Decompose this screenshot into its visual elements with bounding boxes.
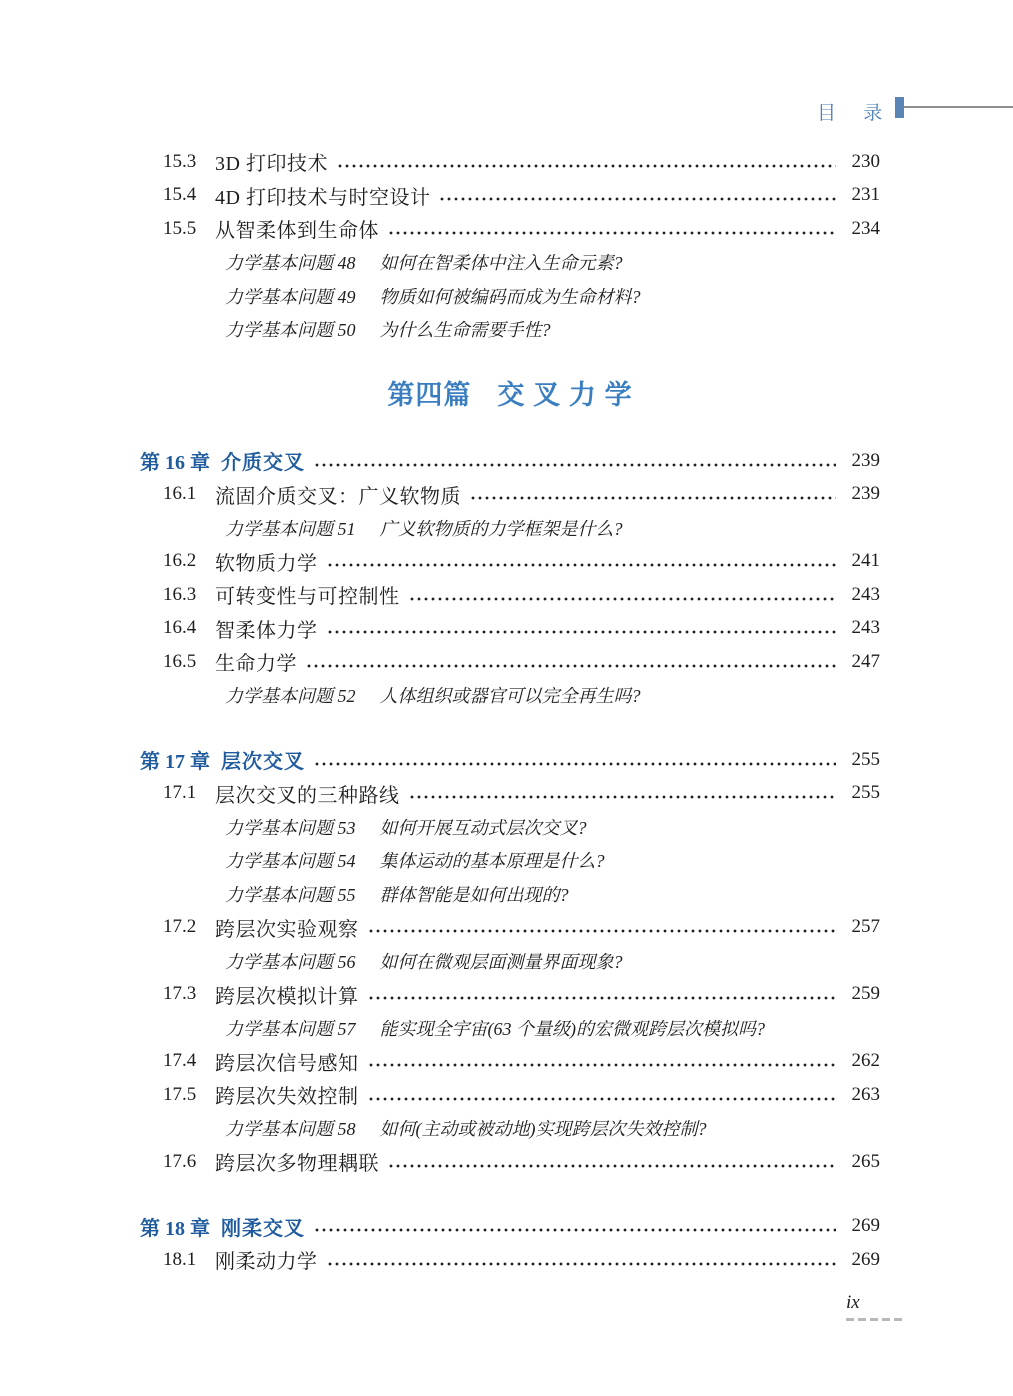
question-text: 群体智能是如何出现的? xyxy=(380,881,569,907)
dot-leader xyxy=(410,795,837,799)
toc-entry-question: 力学基本问题 49物质如何被编码而成为生命材料? xyxy=(140,279,880,313)
chapter-title: 介质交叉 xyxy=(221,446,305,475)
question-text: 如何在智柔体中注入生命元素? xyxy=(380,249,623,275)
dot-leader xyxy=(315,463,836,467)
page-number: 259 xyxy=(844,983,880,1005)
page-number: 230 xyxy=(844,151,880,173)
section-title: 跨层次信号感知 xyxy=(215,1047,359,1076)
toc-entry-chapter: 第 17 章层次交叉255 xyxy=(140,743,880,777)
question-label: 力学基本问题 58 xyxy=(225,1115,356,1141)
question-label: 力学基本问题 53 xyxy=(225,814,356,840)
toc-entry-question: 力学基本问题 56如何在微观层面测量界面现象? xyxy=(140,944,880,978)
section-title: 可转变性与可控制性 xyxy=(215,580,400,609)
folio-dashed-rule xyxy=(846,1318,903,1321)
part-title-row: 第四篇交 叉 力 学 xyxy=(140,375,880,415)
section-title: 刚柔动力学 xyxy=(215,1245,318,1274)
question-label: 力学基本问题 48 xyxy=(225,249,356,275)
section-title: 跨层次多物理耦联 xyxy=(215,1147,379,1176)
question-label: 力学基本问题 52 xyxy=(225,682,356,708)
toc-entry-question: 力学基本问题 57能实现全宇宙(63 个量级)的宏微观跨层次模拟吗? xyxy=(140,1011,880,1045)
section-title: 跨层次模拟计算 xyxy=(215,980,359,1009)
page-header: 目 录 xyxy=(0,97,1013,121)
question-text: 人体组织或器官可以完全再生吗? xyxy=(380,682,641,708)
dot-leader xyxy=(369,996,837,1000)
section-title: 生命力学 xyxy=(215,647,297,676)
section-number: 17.5 xyxy=(163,1084,215,1106)
dot-leader xyxy=(328,563,837,567)
section-number: 17.1 xyxy=(163,782,215,804)
section-title: 智柔体力学 xyxy=(215,614,318,643)
toc-page: 目 录 15.33D 打印技术23015.44D 打印技术与时空设计23115.… xyxy=(0,0,1013,1396)
toc-entry-section: 17.3跨层次模拟计算259 xyxy=(140,978,880,1012)
chapter-number: 第 18 章 xyxy=(140,1212,210,1241)
toc-entry-section: 15.44D 打印技术与时空设计231 xyxy=(140,179,880,213)
section-number: 16.5 xyxy=(163,651,215,673)
toc-entry-question: 力学基本问题 53如何开展互动式层次交叉? xyxy=(140,810,880,844)
page-number: 265 xyxy=(844,1151,880,1173)
dot-leader xyxy=(338,164,836,168)
page-number: 243 xyxy=(844,584,880,606)
chapter-title: 刚柔交叉 xyxy=(221,1212,305,1241)
dot-leader xyxy=(328,630,837,634)
dot-leader xyxy=(440,197,836,201)
section-number: 16.1 xyxy=(163,483,215,505)
section-number: 15.5 xyxy=(163,218,215,240)
toc-entry-question: 力学基本问题 54集体运动的基本原理是什么? xyxy=(140,844,880,878)
page-number: 234 xyxy=(844,218,880,240)
toc-entry-section: 17.4跨层次信号感知262 xyxy=(140,1045,880,1079)
section-title: 层次交叉的三种路线 xyxy=(215,779,400,808)
page-number: 241 xyxy=(844,550,880,572)
question-label: 力学基本问题 56 xyxy=(225,948,356,974)
section-number: 15.3 xyxy=(163,151,215,173)
toc-entry-question: 力学基本问题 48如何在智柔体中注入生命元素? xyxy=(140,246,880,280)
question-label: 力学基本问题 57 xyxy=(225,1015,356,1041)
toc-entry-section: 18.1刚柔动力学269 xyxy=(140,1243,880,1277)
toc-entry-section: 16.4智柔体力学243 xyxy=(140,612,880,646)
page-number: 269 xyxy=(844,1249,880,1271)
toc-entry-section: 17.1层次交叉的三种路线255 xyxy=(140,777,880,811)
page-number: 255 xyxy=(844,782,880,804)
chapter-number: 第 16 章 xyxy=(140,446,210,475)
question-label: 力学基本问题 50 xyxy=(225,316,356,342)
part-label: 第四篇 xyxy=(387,380,471,410)
section-number: 18.1 xyxy=(163,1249,215,1271)
section-number: 17.6 xyxy=(163,1151,215,1173)
header-title: 目 录 xyxy=(817,98,882,125)
section-title: 4D 打印技术与时空设计 xyxy=(215,181,430,210)
toc-entry-question: 力学基本问题 52人体组织或器官可以完全再生吗? xyxy=(140,679,880,713)
question-label: 力学基本问题 54 xyxy=(225,847,356,873)
dot-leader xyxy=(328,1262,837,1266)
section-title: 跨层次实验观察 xyxy=(215,913,359,942)
question-text: 物质如何被编码而成为生命材料? xyxy=(380,283,641,309)
section-number: 16.4 xyxy=(163,617,215,639)
part-title: 交 叉 力 学 xyxy=(497,380,632,410)
question-text: 集体运动的基本原理是什么? xyxy=(380,847,605,873)
dot-leader xyxy=(389,231,836,235)
page-number: 231 xyxy=(844,184,880,206)
section-number: 15.4 xyxy=(163,184,215,206)
question-text: 能实现全宇宙(63 个量级)的宏微观跨层次模拟吗? xyxy=(380,1015,766,1041)
toc-entry-section: 17.5跨层次失效控制263 xyxy=(140,1078,880,1112)
dot-leader xyxy=(410,597,837,601)
section-title: 流固介质交叉：广义软物质 xyxy=(215,480,461,509)
question-text: 广义软物质的力学框架是什么? xyxy=(380,515,623,541)
toc-entry-section: 15.33D 打印技术230 xyxy=(140,145,880,179)
page-number: 243 xyxy=(844,617,880,639)
toc-entry-section: 16.3可转变性与可控制性243 xyxy=(140,578,880,612)
toc-entry-section: 17.2跨层次实验观察257 xyxy=(140,911,880,945)
section-title: 跨层次失效控制 xyxy=(215,1080,359,1109)
toc-entry-section: 16.2软物质力学241 xyxy=(140,545,880,579)
section-number: 16.3 xyxy=(163,584,215,606)
dot-leader xyxy=(315,1228,836,1232)
section-title: 3D 打印技术 xyxy=(215,147,328,176)
chapter-title: 层次交叉 xyxy=(221,745,305,774)
toc-entry-section: 15.5从智柔体到生命体234 xyxy=(140,212,880,246)
toc-entry-question: 力学基本问题 58如何(主动或被动地)实现跨层次失效控制? xyxy=(140,1112,880,1146)
toc-entry-question: 力学基本问题 50为什么生命需要手性? xyxy=(140,313,880,347)
page-number: 239 xyxy=(844,483,880,505)
question-text: 如何开展互动式层次交叉? xyxy=(380,814,587,840)
page-number: 255 xyxy=(844,749,880,771)
page-number: 239 xyxy=(844,450,880,472)
section-number: 17.2 xyxy=(163,916,215,938)
page-number: 269 xyxy=(844,1215,880,1237)
page-number: 263 xyxy=(844,1084,880,1106)
question-text: 如何(主动或被动地)实现跨层次失效控制? xyxy=(380,1115,707,1141)
dot-leader xyxy=(315,762,836,766)
section-number: 16.2 xyxy=(163,550,215,572)
page-number: 257 xyxy=(844,916,880,938)
header-rule xyxy=(904,106,1013,108)
dot-leader xyxy=(389,1164,836,1168)
dot-leader xyxy=(369,929,837,933)
toc-entry-question: 力学基本问题 55群体智能是如何出现的? xyxy=(140,877,880,911)
header-accent-bar xyxy=(895,97,904,118)
page-number: 247 xyxy=(844,651,880,673)
toc-entry-chapter: 第 16 章介质交叉239 xyxy=(140,444,880,478)
chapter-number: 第 17 章 xyxy=(140,745,210,774)
toc-entry-chapter: 第 18 章刚柔交叉269 xyxy=(140,1210,880,1244)
toc-list: 15.33D 打印技术23015.44D 打印技术与时空设计23115.5从智柔… xyxy=(140,145,880,1277)
toc-entry-section: 16.1流固介质交叉：广义软物质239 xyxy=(140,478,880,512)
toc-entry-section: 16.5生命力学247 xyxy=(140,645,880,679)
question-text: 如何在微观层面测量界面现象? xyxy=(380,948,623,974)
section-title: 从智柔体到生命体 xyxy=(215,214,379,243)
dot-leader xyxy=(369,1097,837,1101)
question-label: 力学基本问题 55 xyxy=(225,881,356,907)
page-number: 262 xyxy=(844,1050,880,1072)
dot-leader xyxy=(471,496,836,500)
question-text: 为什么生命需要手性? xyxy=(380,316,551,342)
question-label: 力学基本问题 49 xyxy=(225,283,356,309)
dot-leader xyxy=(369,1063,837,1067)
section-number: 17.3 xyxy=(163,983,215,1005)
question-label: 力学基本问题 51 xyxy=(225,515,356,541)
toc-entry-section: 17.6跨层次多物理耦联265 xyxy=(140,1145,880,1179)
section-title: 软物质力学 xyxy=(215,547,318,576)
folio-page-number: ix xyxy=(846,1292,860,1314)
section-number: 17.4 xyxy=(163,1050,215,1072)
toc-entry-question: 力学基本问题 51广义软物质的力学框架是什么? xyxy=(140,511,880,545)
dot-leader xyxy=(307,664,836,668)
